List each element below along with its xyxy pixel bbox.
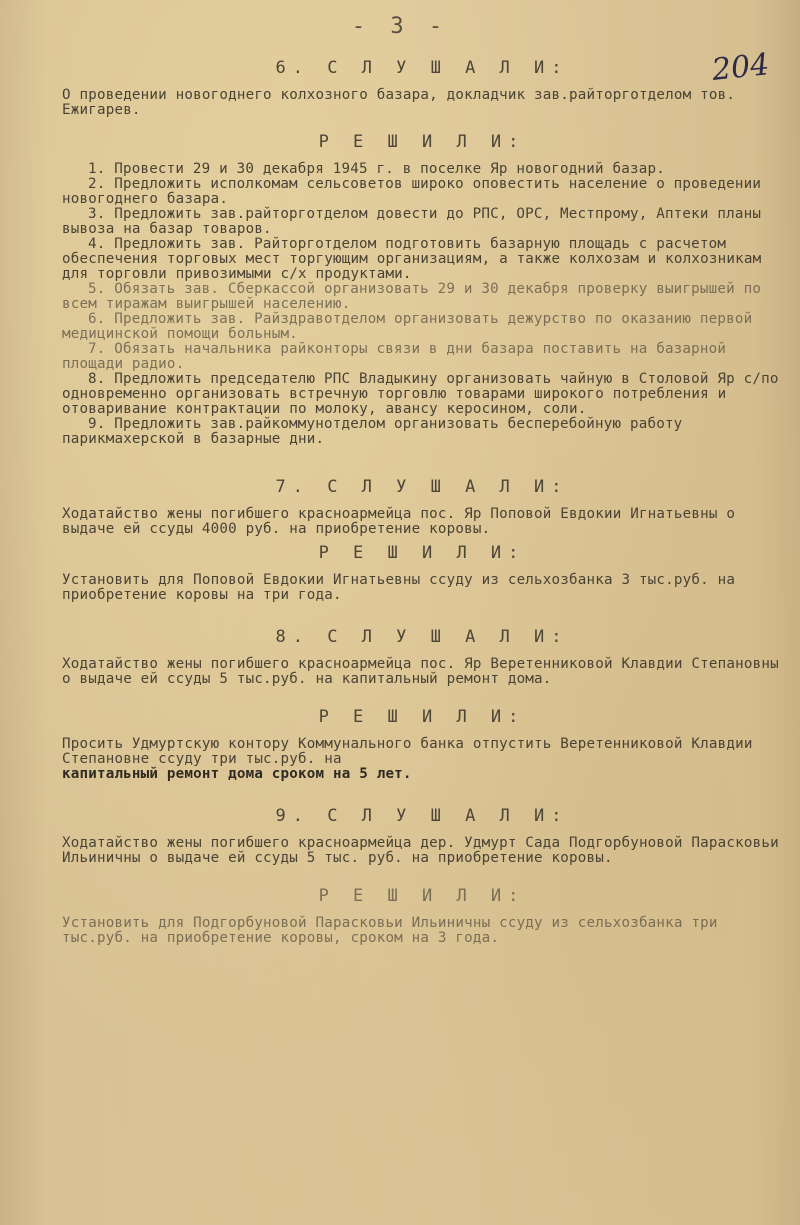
- decision-text: Просить Удмуртскую контору Коммунального…: [62, 737, 782, 767]
- heard-heading: 7. С Л У Ш А Л И:: [62, 477, 782, 497]
- heard-heading: 9. С Л У Ш А Л И:: [62, 806, 782, 826]
- decided-heading: Р Е Ш И Л И:: [62, 543, 782, 563]
- decision-text: Установить для Подгорбуновой Парасковьи …: [62, 916, 782, 946]
- decision-item: 7. Обязать начальника райконторы связи в…: [62, 342, 782, 372]
- heard-text: Ходатайство жены погибшего красноармейца…: [62, 507, 782, 537]
- decision-item: 9. Предложить зав.райкоммунотделом орган…: [62, 417, 782, 447]
- heard-text: О проведении новогоднего колхозного база…: [62, 88, 782, 118]
- section-8: 8. С Л У Ш А Л И: Ходатайство жены погиб…: [62, 627, 782, 782]
- decision-text: Установить для Поповой Евдокии Игнатьевн…: [62, 573, 782, 603]
- decision-item: 3. Предложить зав.райторготделом довести…: [62, 207, 782, 237]
- decision-item: 4. Предложить зав. Райторготделом подгот…: [62, 237, 782, 282]
- decision-item: 5. Обязать зав. Сберкассой организовать …: [62, 282, 782, 312]
- document-page: - 3 - 204 6. С Л У Ш А Л И: О проведении…: [0, 0, 800, 1225]
- heard-heading: 6. С Л У Ш А Л И:: [62, 58, 782, 78]
- section-9: 9. С Л У Ш А Л И: Ходатайство жены погиб…: [62, 806, 782, 946]
- decision-text-bold: капитальный ремонт дома сроком на 5 лет.: [62, 767, 782, 782]
- section-7: 7. С Л У Ш А Л И: Ходатайство жены погиб…: [62, 477, 782, 603]
- heard-heading: 8. С Л У Ш А Л И:: [62, 627, 782, 647]
- heard-text: Ходатайство жены погибшего красноармейца…: [62, 836, 782, 866]
- section-6: 6. С Л У Ш А Л И: О проведении новогодне…: [62, 58, 782, 447]
- decision-item: 8. Предложить председателю РПС Владыкину…: [62, 372, 782, 417]
- page-number: - 3 -: [0, 14, 800, 39]
- decision-item: 1. Провести 29 и 30 декабря 1945 г. в по…: [62, 162, 782, 177]
- document-body: 6. С Л У Ш А Л И: О проведении новогодне…: [62, 52, 782, 956]
- decided-heading: Р Е Ш И Л И:: [62, 132, 782, 152]
- decided-heading: Р Е Ш И Л И:: [62, 886, 782, 906]
- decision-item: 6. Предложить зав. Райздравотделом орган…: [62, 312, 782, 342]
- decided-heading: Р Е Ш И Л И:: [62, 707, 782, 727]
- heard-text: Ходатайство жены погибшего красноармейца…: [62, 657, 782, 687]
- decision-item: 2. Предложить исполкомам сельсоветов шир…: [62, 177, 782, 207]
